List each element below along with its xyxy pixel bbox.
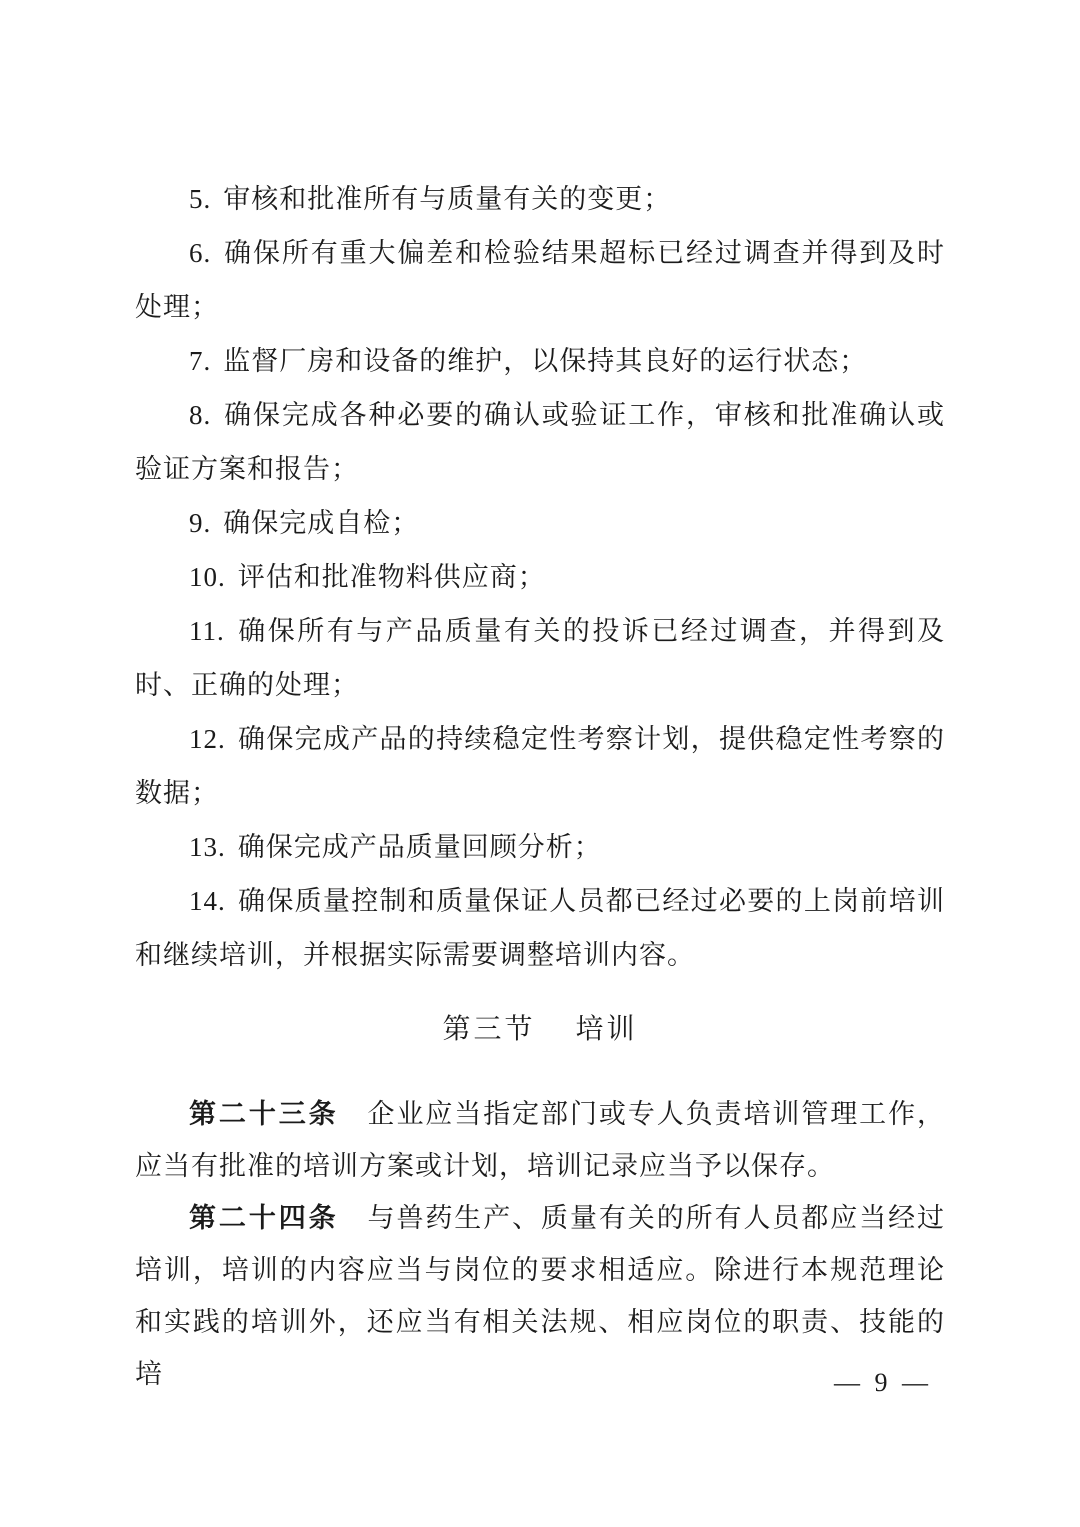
item-text: 确保完成产品质量回顾分析；: [238, 832, 602, 862]
item-text: 确保质量控制和质量保证人员都已经过必要的上岗前培训和继续培训，并根据实际需要调整…: [135, 886, 945, 970]
article-paragraph: 第二十三条企业应当指定部门或专人负责培训管理工作，应当有批准的培训方案或计划，培…: [135, 1088, 945, 1192]
item-text: 确保所有与产品质量有关的投诉已经过调查，并得到及时、正确的处理；: [135, 616, 945, 700]
item-number: 14.: [189, 886, 226, 916]
list-item: 5.审核和批准所有与质量有关的变更；: [135, 172, 945, 226]
item-number: 6.: [189, 238, 211, 268]
list-item: 11.确保所有与产品质量有关的投诉已经过调查，并得到及时、正确的处理；: [135, 604, 945, 712]
item-number: 12.: [189, 724, 226, 754]
section-label: 第三节: [442, 1014, 535, 1045]
article-paragraph: 第二十四条与兽药生产、质量有关的所有人员都应当经过培训，培训的内容应当与岗位的要…: [135, 1192, 945, 1400]
list-item: 8.确保完成各种必要的确认或验证工作，审核和批准确认或验证方案和报告；: [135, 388, 945, 496]
item-number: 13.: [189, 832, 226, 862]
item-text: 审核和批准所有与质量有关的变更；: [223, 184, 671, 214]
item-number: 8.: [189, 400, 211, 430]
list-item: 9.确保完成自检；: [135, 496, 945, 550]
list-item: 10.评估和批准物料供应商；: [135, 550, 945, 604]
page-content: 5.审核和批准所有与质量有关的变更； 6.确保所有重大偏差和检验结果超标已经过调…: [135, 172, 945, 1400]
item-text: 确保完成自检；: [223, 508, 419, 538]
item-text: 确保完成各种必要的确认或验证工作，审核和批准确认或验证方案和报告；: [135, 400, 945, 484]
article-number: 第二十三条: [189, 1099, 339, 1129]
item-text: 确保所有重大偏差和检验结果超标已经过调查并得到及时处理；: [135, 238, 945, 322]
section-heading: 第三节培训: [135, 1003, 945, 1057]
item-text: 监督厂房和设备的维护，以保持其良好的运行状态；: [223, 346, 867, 376]
list-item: 14.确保质量控制和质量保证人员都已经过必要的上岗前培训和继续培训，并根据实际需…: [135, 874, 945, 982]
item-text: 评估和批准物料供应商；: [238, 562, 546, 592]
item-number: 9.: [189, 508, 211, 538]
document-page: 5.审核和批准所有与质量有关的变更； 6.确保所有重大偏差和检验结果超标已经过调…: [0, 0, 1080, 1527]
item-number: 10.: [189, 562, 226, 592]
list-item: 13.确保完成产品质量回顾分析；: [135, 820, 945, 874]
list-item: 7.监督厂房和设备的维护，以保持其良好的运行状态；: [135, 334, 945, 388]
item-text: 确保完成产品的持续稳定性考察计划，提供稳定性考察的数据；: [135, 724, 945, 808]
section-title: 培训: [576, 1014, 638, 1045]
item-number: 7.: [189, 346, 211, 376]
item-number: 5.: [189, 184, 211, 214]
page-number: — 9 —: [834, 1368, 932, 1398]
article-number: 第二十四条: [189, 1203, 339, 1233]
item-number: 11.: [189, 616, 225, 646]
list-item: 6.确保所有重大偏差和检验结果超标已经过调查并得到及时处理；: [135, 226, 945, 334]
list-item: 12.确保完成产品的持续稳定性考察计划，提供稳定性考察的数据；: [135, 712, 945, 820]
